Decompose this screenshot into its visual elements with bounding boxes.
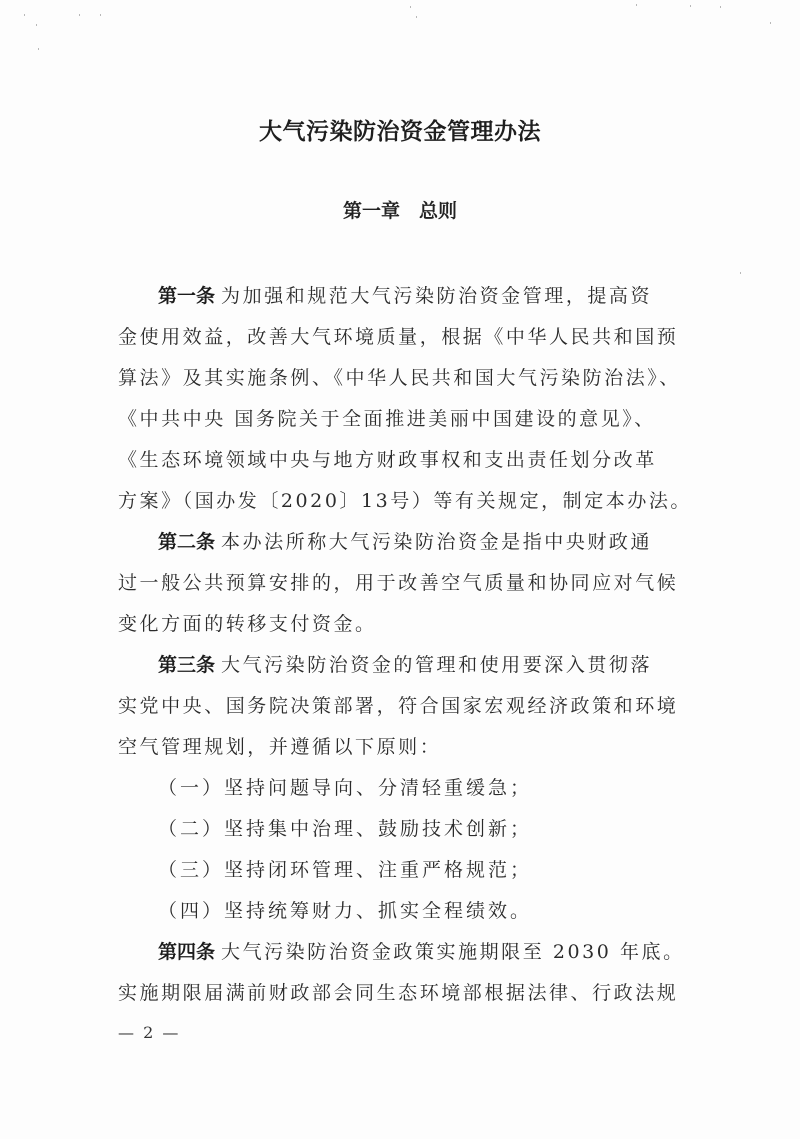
article-1-line-5: 《生态环境领域中央与地方财政事权和支出责任划分改革 bbox=[118, 440, 678, 481]
article-1-line-6: 方案》（国办发〔2020〕13号）等有关规定，制定本办法。 bbox=[118, 481, 678, 522]
scan-speck bbox=[24, 14, 25, 16]
scan-speck bbox=[100, 14, 101, 16]
page-number: — 2 — bbox=[118, 1023, 180, 1042]
article-3-line-1: 第三条大气污染防治资金的管理和使用要深入贯彻落 bbox=[118, 645, 678, 686]
article-text: 大气污染防治资金的管理和使用要深入贯彻落 bbox=[221, 654, 652, 676]
scanned-page: 大气污染防治资金管理办法 第一章 总则 第一条为加强和规范大气污染防治资金管理，… bbox=[0, 0, 800, 1139]
principle-item: （二）坚持集中治理、鼓励技术创新； bbox=[118, 809, 678, 850]
article-1-line-3: 算法》及其实施条例、《中华人民共和国大气污染防治法》、 bbox=[118, 358, 678, 399]
scan-speck bbox=[690, 5, 691, 7]
article-1-line-4: 《中共中央 国务院关于全面推进美丽中国建设的意见》、 bbox=[118, 399, 678, 440]
article-2-line-2: 过一般公共预算安排的，用于改善空气质量和协同应对气候 bbox=[118, 563, 678, 604]
document-title: 大气污染防治资金管理办法 bbox=[0, 113, 800, 146]
scan-speck bbox=[720, 6, 721, 8]
article-4-line-2: 实施期限届满前财政部会同生态环境部根据法律、行政法规 bbox=[118, 973, 678, 1014]
chapter-heading: 第一章 总则 bbox=[0, 196, 800, 223]
article-label: 第四条 bbox=[158, 941, 215, 963]
article-1-line-1: 第一条为加强和规范大气污染防治资金管理，提高资 bbox=[118, 276, 678, 317]
article-label: 第三条 bbox=[158, 654, 215, 676]
article-3-line-2: 实党中央、国务院决策部署，符合国家宏观经济政策和环境 bbox=[118, 686, 678, 727]
article-text: 大气污染防治资金政策实施期限至 2030 年底。 bbox=[221, 941, 685, 963]
article-4-line-1: 第四条大气污染防治资金政策实施期限至 2030 年底。 bbox=[118, 932, 678, 973]
article-2-line-3: 变化方面的转移支付资金。 bbox=[118, 604, 678, 645]
article-text: 本办法所称大气污染防治资金是指中央财政通 bbox=[221, 531, 652, 553]
scan-speck bbox=[79, 14, 80, 16]
scan-speck bbox=[410, 6, 411, 8]
article-text: 为加强和规范大气污染防治资金管理，提高资 bbox=[221, 285, 652, 307]
article-label: 第一条 bbox=[158, 285, 215, 307]
scan-speck bbox=[740, 272, 741, 274]
article-3-line-3: 空气管理规划，并遵循以下原则： bbox=[118, 727, 678, 768]
article-label: 第二条 bbox=[158, 531, 215, 553]
principle-item: （一）坚持问题导向、分清轻重缓急； bbox=[118, 768, 678, 809]
scan-speck bbox=[36, 24, 37, 26]
principle-item: （三）坚持闭环管理、注重严格规范； bbox=[118, 850, 678, 891]
scan-speck bbox=[416, 16, 417, 18]
scan-speck bbox=[636, 4, 637, 6]
article-1-line-2: 金使用效益，改善大气环境质量，根据《中华人民共和国预 bbox=[118, 317, 678, 358]
article-2-line-1: 第二条本办法所称大气污染防治资金是指中央财政通 bbox=[118, 522, 678, 563]
document-body: 第一条为加强和规范大气污染防治资金管理，提高资 金使用效益，改善大气环境质量，根… bbox=[118, 276, 678, 1014]
scan-speck bbox=[38, 48, 39, 50]
scan-speck bbox=[770, 22, 771, 24]
principle-item: （四）坚持统筹财力、抓实全程绩效。 bbox=[118, 891, 678, 932]
